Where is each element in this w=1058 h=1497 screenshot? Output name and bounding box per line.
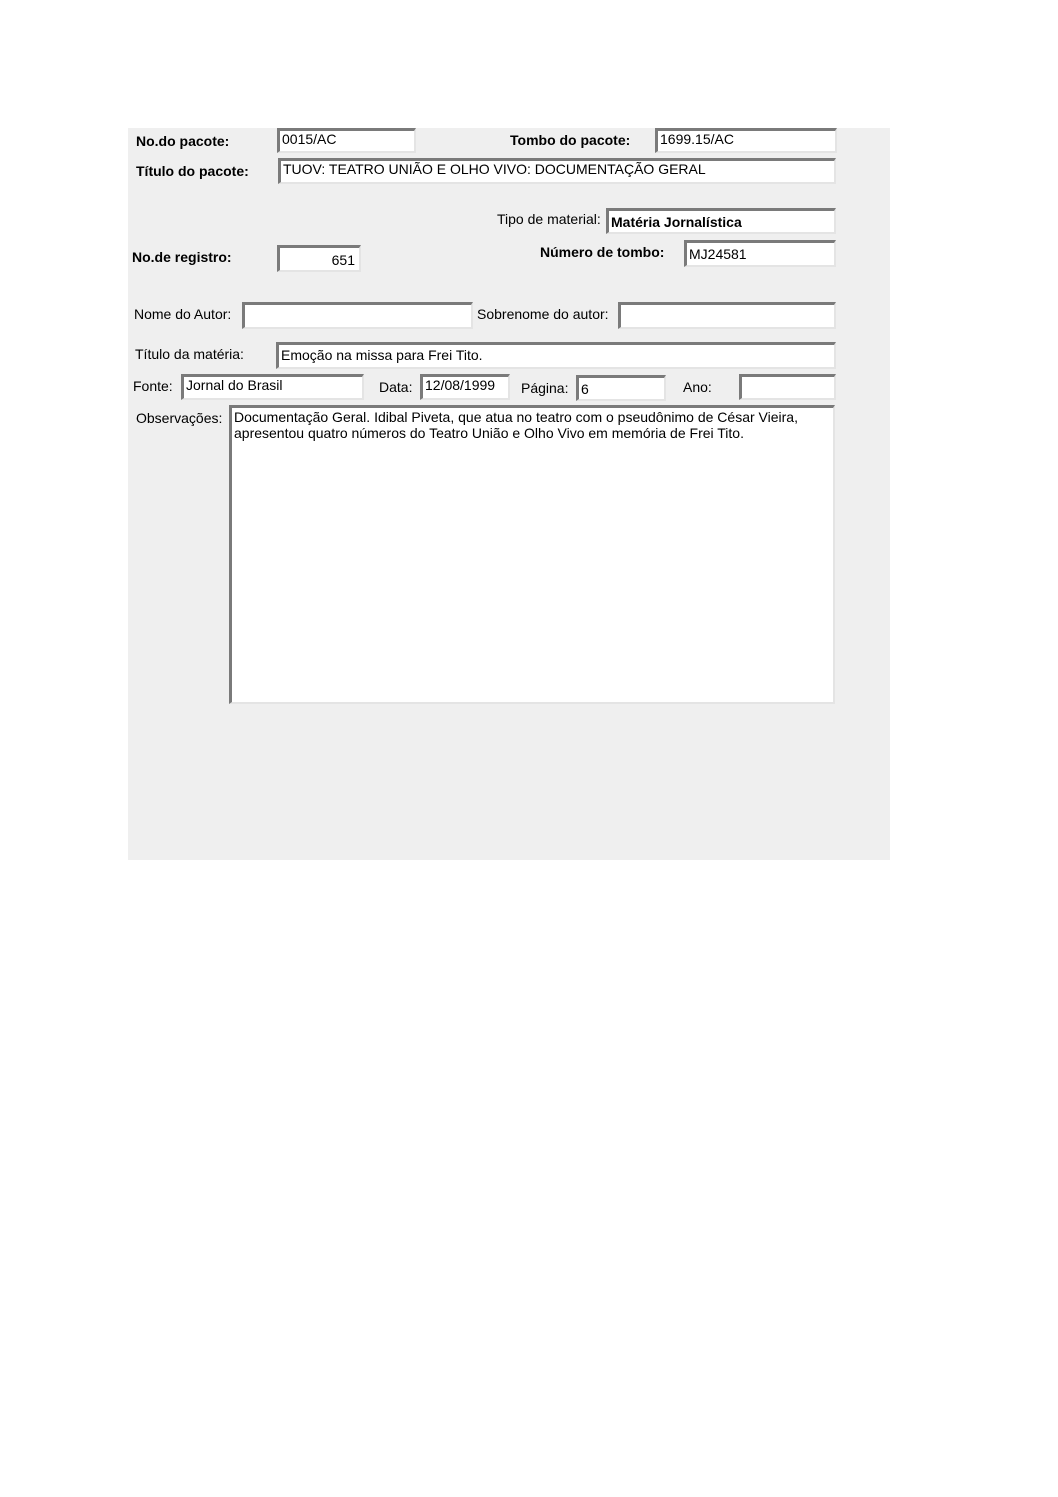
nome-autor-label: Nome do Autor: <box>134 306 231 322</box>
pagina-label: Página: <box>521 380 568 396</box>
fonte-label: Fonte: <box>133 378 173 394</box>
ano-field[interactable] <box>739 374 836 400</box>
tipo-material-field[interactable]: Matéria Jornalística <box>606 208 836 234</box>
pacote-number-field[interactable]: 0015/AC <box>277 128 416 153</box>
data-label: Data: <box>379 379 412 395</box>
data-field[interactable]: 12/08/1999 <box>420 374 510 400</box>
titulo-materia-field[interactable]: Emoção na missa para Frei Tito. <box>276 342 836 369</box>
registro-label: No.de registro: <box>132 249 232 265</box>
observacoes-textarea[interactable]: Documentação Geral. Idibal Piveta, que a… <box>229 405 835 704</box>
titulo-pacote-field[interactable]: TUOV: TEATRO UNIÃO E OLHO VIVO: DOCUMENT… <box>278 158 836 184</box>
tombo-pacote-label: Tombo do pacote: <box>510 132 630 148</box>
sobrenome-autor-label: Sobrenome do autor: <box>477 306 609 322</box>
observacoes-label: Observações: <box>136 410 222 426</box>
titulo-pacote-label: Título do pacote: <box>136 163 249 179</box>
titulo-materia-label: Título da matéria: <box>135 346 244 362</box>
pacote-number-label: No.do pacote: <box>136 133 229 149</box>
tipo-material-label: Tipo de material: <box>497 211 601 227</box>
numero-tombo-label: Número de tombo: <box>540 244 664 260</box>
tombo-pacote-field[interactable]: 1699.15/AC <box>655 128 837 153</box>
registro-field[interactable]: 651 <box>277 245 361 272</box>
sobrenome-autor-field[interactable] <box>618 302 836 329</box>
ano-label: Ano: <box>683 379 712 395</box>
fonte-field[interactable]: Jornal do Brasil <box>181 374 364 400</box>
nome-autor-field[interactable] <box>242 302 473 329</box>
numero-tombo-field[interactable]: MJ24581 <box>684 240 836 267</box>
pagina-field[interactable]: 6 <box>576 375 666 401</box>
